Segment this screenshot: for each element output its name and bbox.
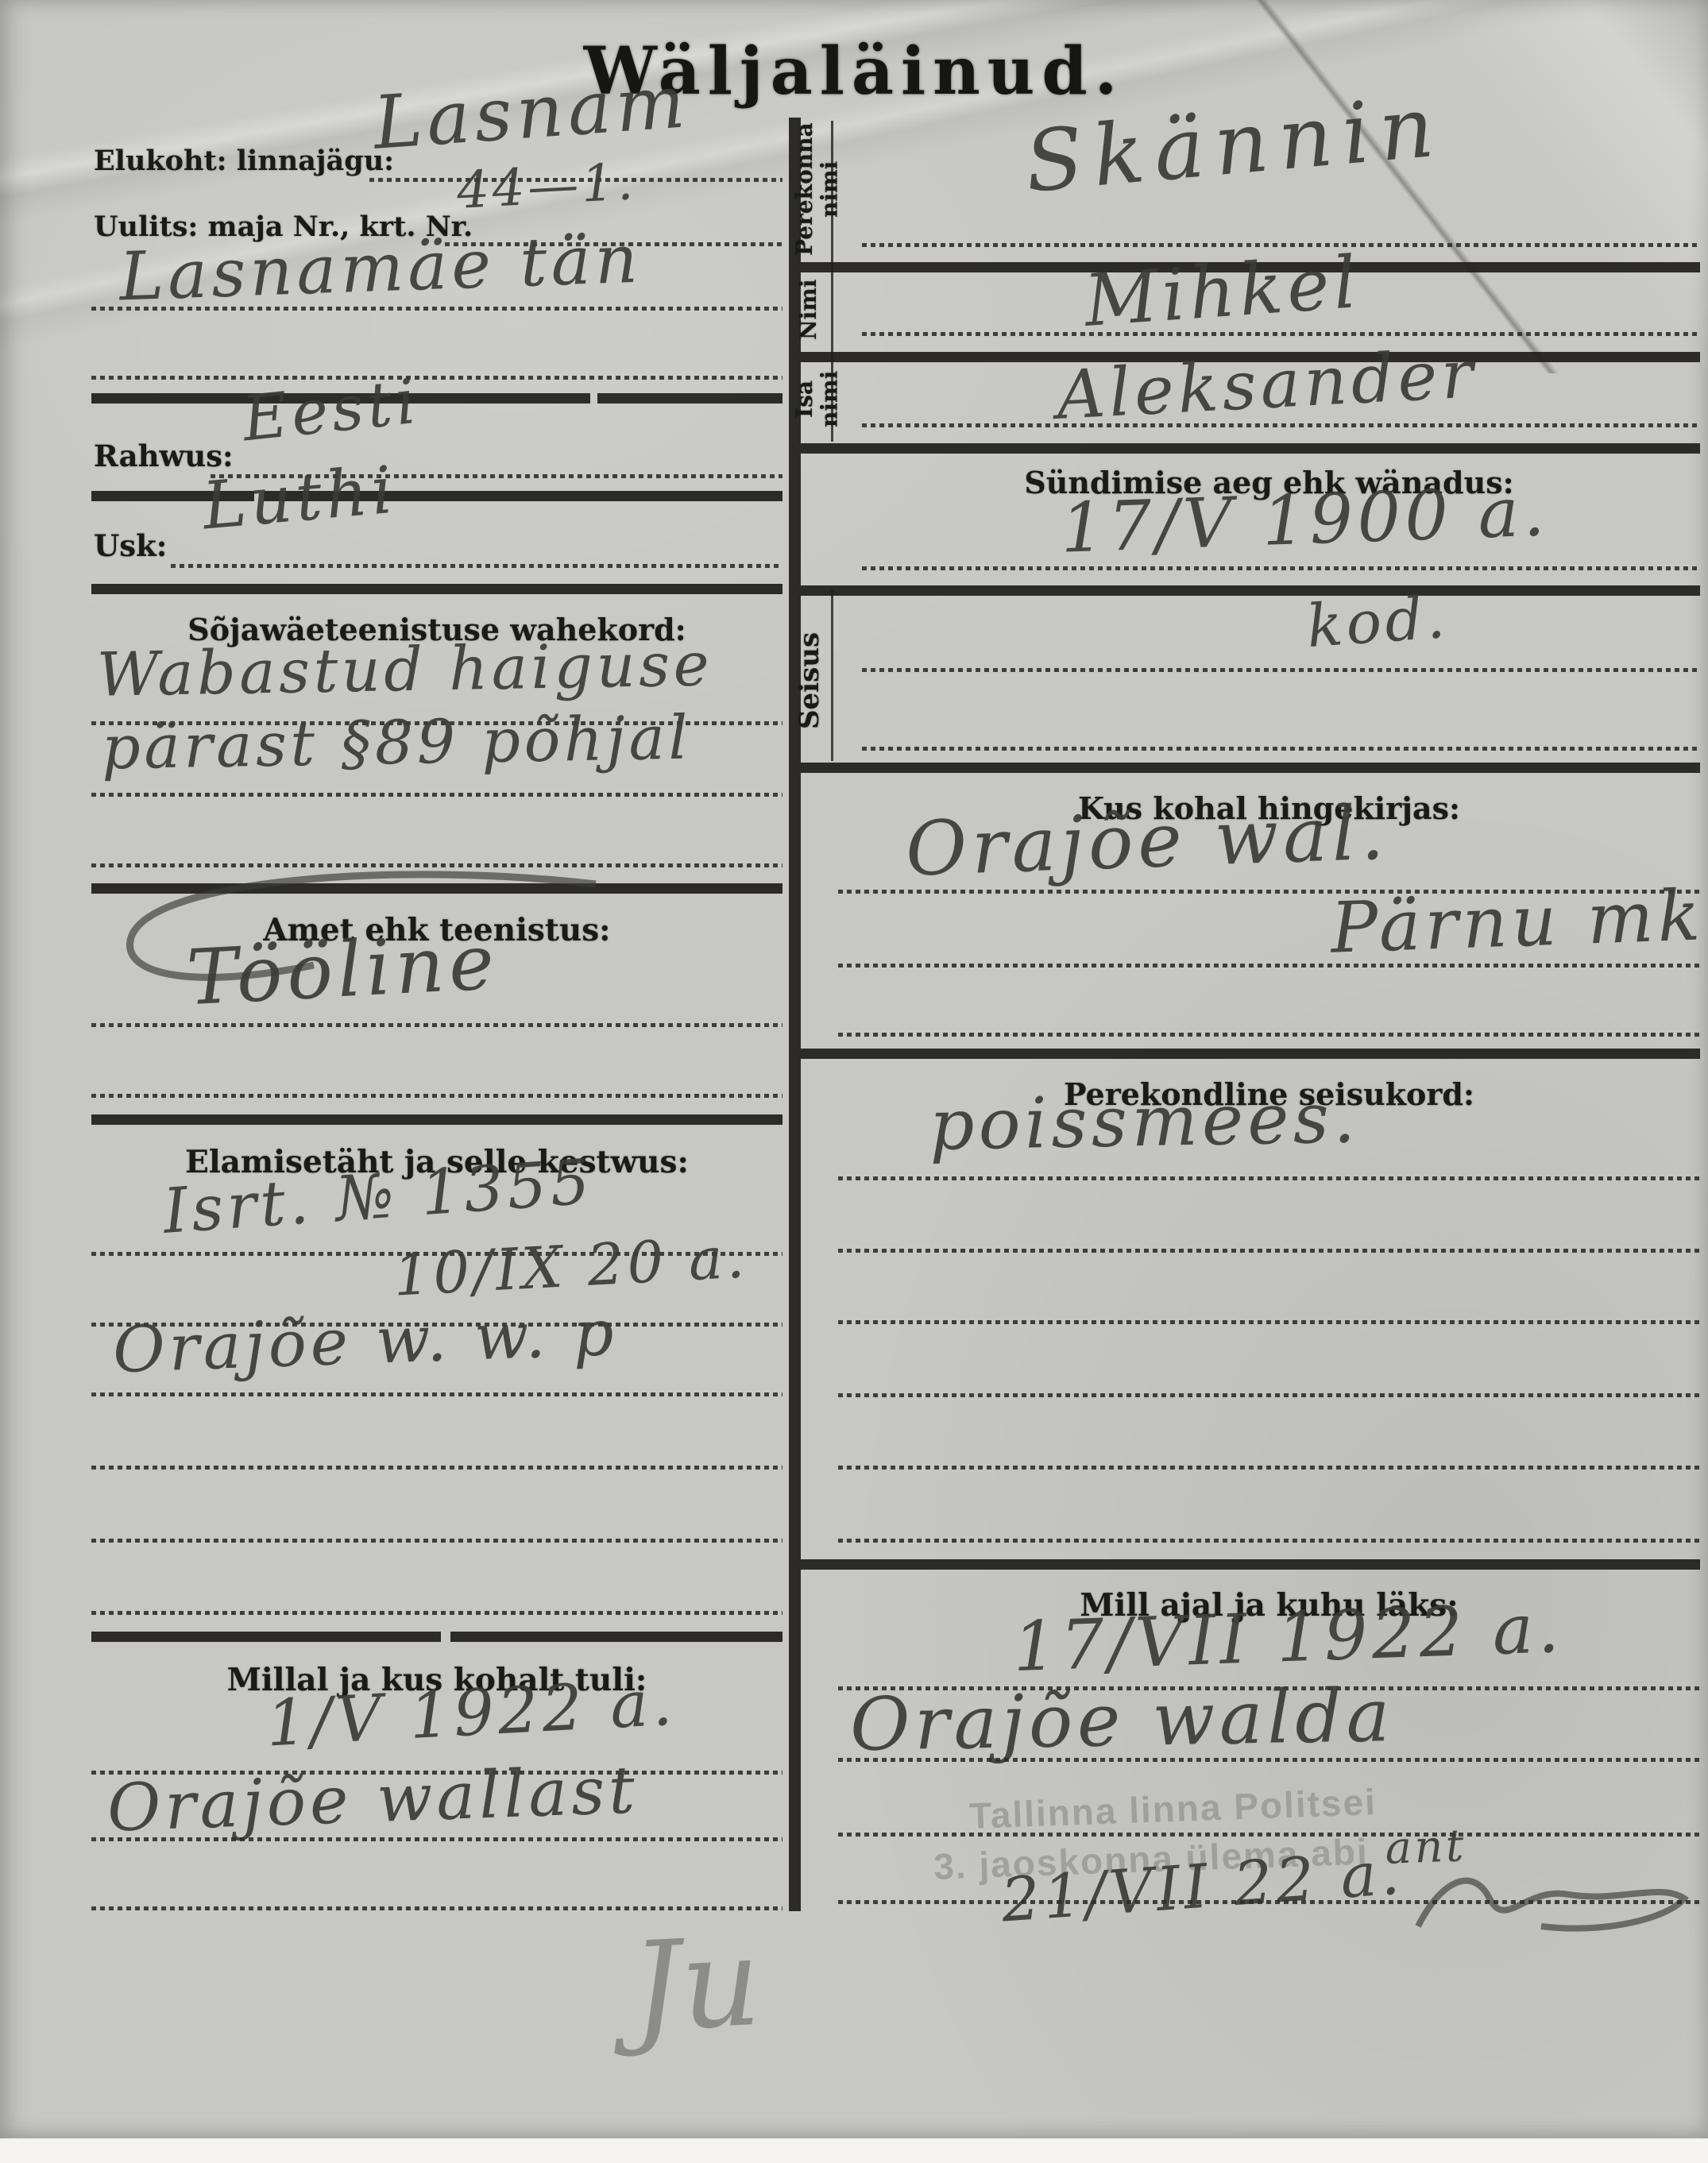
section-rule bbox=[801, 585, 1700, 596]
dotted-line bbox=[91, 1539, 783, 1543]
departure-place-handwritten: Orajõe walda bbox=[849, 1673, 1395, 1767]
official-signature bbox=[1406, 1851, 1700, 1970]
father-name-label: Isa nimi bbox=[792, 359, 842, 438]
seisus-handwritten: kod. bbox=[1304, 583, 1451, 661]
military-line1-handwritten: Wabastud haiguse bbox=[96, 628, 713, 710]
section-rule bbox=[801, 1559, 1700, 1570]
hingekiri-line1-handwritten: Orajõe wal. bbox=[904, 790, 1389, 893]
dotted-line bbox=[171, 564, 783, 568]
uulits-handwritten: 44—1. bbox=[455, 153, 637, 221]
dotted-line bbox=[838, 1466, 1700, 1470]
dotted-line bbox=[91, 1611, 783, 1615]
dotted-line bbox=[838, 1900, 1700, 1904]
dotted-line bbox=[838, 1249, 1700, 1253]
section-rule bbox=[91, 584, 783, 594]
section-rule bbox=[91, 1632, 441, 1642]
military-line2-handwritten: pärast §89 põhjal bbox=[101, 702, 692, 783]
hingekiri-line2-handwritten: Pärnu mk. bbox=[1329, 873, 1708, 969]
label-cell-rule bbox=[831, 589, 833, 761]
dotted-line bbox=[838, 1539, 1700, 1543]
dotted-line bbox=[862, 423, 1700, 427]
arrival-place-handwritten: Orajõe wallast bbox=[106, 1752, 640, 1846]
section-rule bbox=[801, 763, 1700, 773]
pencil-note-handwritten: Ju bbox=[628, 1910, 763, 2060]
scanned-form-paper: Wäljaläinud. Elukoht: linnajägu: Lasnam … bbox=[0, 0, 1708, 2138]
dotted-line bbox=[838, 1176, 1700, 1180]
name-label: Nimi bbox=[796, 274, 821, 346]
form-title: Wäljaläinud. bbox=[0, 33, 1708, 110]
dotted-line bbox=[838, 1393, 1700, 1397]
dotted-line bbox=[862, 332, 1700, 336]
dotted-line bbox=[91, 1466, 783, 1470]
dotted-line bbox=[838, 964, 1700, 968]
section-rule bbox=[801, 1049, 1700, 1059]
dotted-line bbox=[838, 1033, 1700, 1037]
dotted-line bbox=[91, 376, 783, 380]
dotted-line bbox=[91, 1906, 783, 1910]
dotted-line bbox=[91, 793, 783, 797]
family-status-handwritten: poissmees. bbox=[929, 1076, 1360, 1165]
dotted-line bbox=[838, 1758, 1700, 1762]
elukoht-label: Elukoht: linnajägu: bbox=[94, 145, 394, 177]
dotted-line bbox=[91, 1094, 783, 1098]
dotted-line bbox=[862, 566, 1700, 570]
permit-line3-handwritten: Orajõe w. w. p bbox=[112, 1296, 619, 1387]
seisus-label: Seisus bbox=[794, 605, 825, 756]
dotted-line bbox=[91, 1392, 783, 1396]
dotted-line bbox=[91, 1837, 783, 1841]
dotted-line bbox=[862, 747, 1700, 751]
dotted-line bbox=[862, 668, 1700, 672]
section-rule bbox=[450, 1632, 783, 1642]
usk-handwritten: Luthi bbox=[199, 453, 399, 545]
dotted-line bbox=[91, 1023, 783, 1027]
surname-label: Perekonna nimi bbox=[792, 121, 842, 257]
section-rule bbox=[91, 1114, 783, 1125]
permit-line2-handwritten: 10/IX 20 a. bbox=[392, 1223, 749, 1308]
usk-label: Usk: bbox=[94, 528, 167, 563]
dotted-line bbox=[838, 1320, 1700, 1324]
birth-handwritten: 17/V 1900 a. bbox=[1059, 472, 1550, 568]
dotted-line bbox=[91, 307, 783, 311]
amet-handwritten: Tööline bbox=[184, 917, 500, 1022]
section-rule bbox=[801, 443, 1700, 454]
section-rule bbox=[597, 393, 783, 404]
dotted-line bbox=[91, 863, 783, 867]
